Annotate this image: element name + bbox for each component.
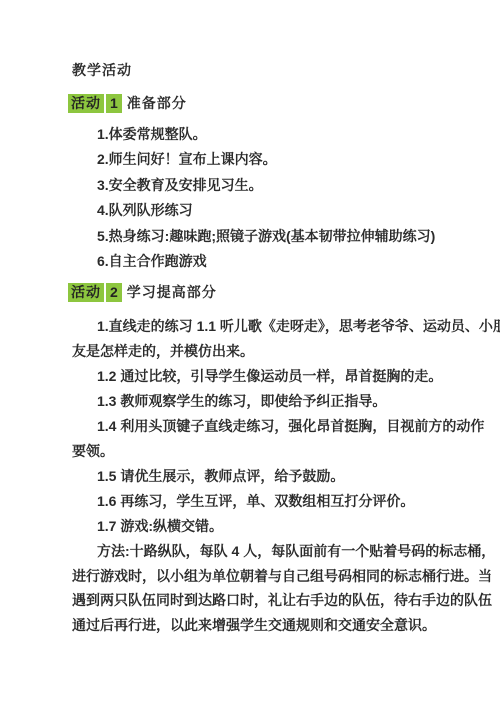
document-page: 教学活动 活动 1 准备部分 1.体委常规整队。2.师生问好！宣布上课内容。3.… (0, 0, 500, 707)
list-item: 2.师生问好！宣布上课内容。 (97, 147, 435, 172)
text-line: 进行游戏时，以小组为单位朝着与自己组号码相同的标志桶行进。当 (72, 564, 438, 589)
activity-2-number-chip: 2 (106, 283, 122, 302)
activity-2-paragraphs: 1.直线走的练习 1.1 听儿歌《走呀走》，思考老爷爷、运动员、小朋友是怎样走的… (72, 314, 438, 638)
text-line: 遇到两只队伍同时到达路口时，礼让右手边的队伍，待右手边的队伍 (72, 588, 438, 613)
list-item: 4.队列队形练习 (97, 198, 435, 223)
text-line: 通过后再行进，以此来增强学生交通规则和交通安全意识。 (72, 613, 438, 638)
text-line: 1.7 游戏:纵横交错。 (72, 514, 438, 539)
text-line: 方法:十路纵队，每队 4 人，每队面前有一个贴着号码的标志桶， (72, 539, 438, 564)
activity-2-heading: 学习提高部分 (127, 282, 217, 302)
activity-1-number-chip: 1 (106, 94, 122, 113)
list-item: 6.自主合作跑游戏 (97, 249, 435, 274)
text-line: 1.5 请优生展示，教师点评，给予鼓励。 (72, 464, 438, 489)
activity-2-chip: 活动 (68, 283, 104, 302)
text-line: 友是怎样走的，并模仿出来。 (72, 339, 438, 364)
activity-1-item-list: 1.体委常规整队。2.师生问好！宣布上课内容。3.安全教育及安排见习生。4.队列… (97, 122, 435, 274)
text-line: 1.直线走的练习 1.1 听儿歌《走呀走》，思考老爷爷、运动员、小朋 (72, 314, 438, 339)
activity-1-heading: 准备部分 (127, 93, 187, 113)
text-line: 1.6 再练习，学生互评，单、双数组相互打分评价。 (72, 489, 438, 514)
list-item: 1.体委常规整队。 (97, 122, 435, 147)
activity-2-label: 活动 2 学习提高部分 (68, 282, 217, 302)
text-line: 1.3 教师观察学生的练习，即使给予纠正指导。 (72, 389, 438, 414)
page-title: 教学活动 (72, 60, 132, 80)
text-line: 1.2 通过比较，引导学生像运动员一样，昂首挺胸的走。 (72, 364, 438, 389)
activity-1-label: 活动 1 准备部分 (68, 93, 187, 113)
list-item: 5.热身练习:趣味跑;照镜子游戏(基本韧带拉伸辅助练习) (97, 224, 435, 249)
text-line: 1.4 利用头顶键子直线走练习，强化昂首挺胸，目视前方的动作 (72, 414, 438, 439)
text-line: 要领。 (72, 439, 438, 464)
activity-1-chip: 活动 (68, 94, 104, 113)
list-item: 3.安全教育及安排见习生。 (97, 173, 435, 198)
